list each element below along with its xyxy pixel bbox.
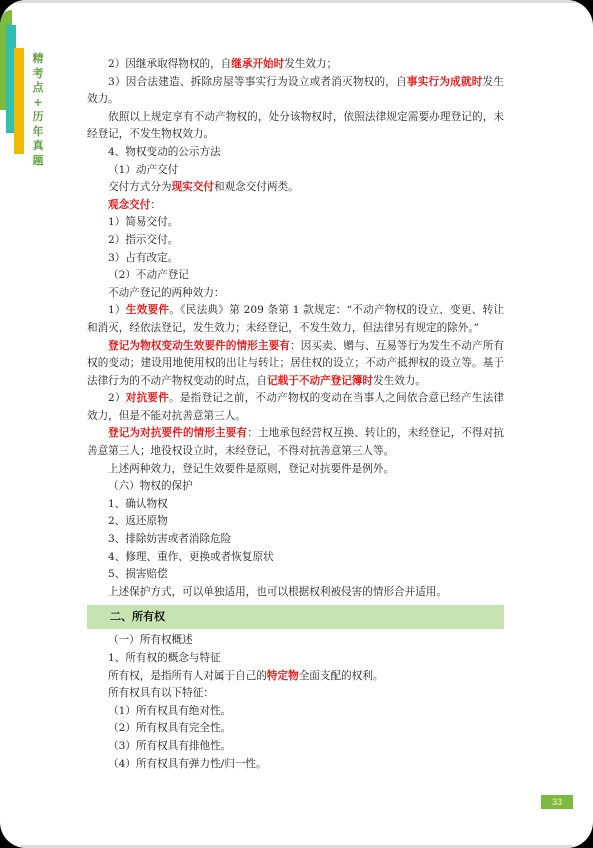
- emphasis-text: 生效要件: [126, 304, 169, 316]
- list-item: 3、排除妨害或者消除危险: [87, 531, 504, 549]
- emphasis-text: 观念交付: [108, 199, 150, 211]
- text: 发生效力；: [284, 58, 337, 70]
- vertical-title-char: 历: [31, 110, 45, 125]
- paragraph: 上述保护方式，可以单独适用，也可以根据权利被侵害的情形合并适用。: [87, 584, 504, 602]
- vertical-title-char: 考: [31, 67, 45, 82]
- list-item: 2、返还原物: [87, 513, 504, 531]
- list-item: 1）简易交付。: [87, 214, 504, 232]
- paragraph: 2）因继承取得物权的，自继承开始时发生效力；: [87, 56, 504, 74]
- list-item: （4）所有权具有弹力性/归一性。: [87, 756, 504, 774]
- paragraph: 登记为物权变动生效要件的情形主要有：因买卖、赠与、互易等行为发生不动产所有权的变…: [87, 338, 504, 391]
- list-item: 4、修理、重作、更换或者恢复原状: [87, 549, 504, 567]
- list-item: 5、损害赔偿: [87, 566, 504, 584]
- emphasis-text: 继承开始时: [231, 58, 284, 70]
- emphasis-text: 登记为物权变动生效要件的情形主要有: [108, 340, 290, 352]
- text: 交付方式分为: [108, 181, 172, 193]
- paragraph: 1）生效要件。《民法典》第 209 条第 1 款规定：“不动产物权的设立、变更、…: [87, 302, 504, 337]
- text: 全面支配的权利。: [299, 670, 384, 682]
- subheading: （2）不动产登记: [87, 267, 504, 285]
- vertical-title-char: 精: [31, 52, 45, 67]
- paragraph: 上述两种效力，登记生效要件是原则，登记对抗要件是例外。: [87, 461, 504, 479]
- text: 和观念交付两类。: [214, 181, 299, 193]
- text: 发生效力。: [373, 375, 426, 387]
- vertical-section-title: 精 考 点 + 历 年 真 题: [31, 52, 45, 168]
- top-border-line: [14, 0, 579, 3]
- paragraph: 观念交付：: [87, 197, 504, 215]
- list-item: 2）指示交付。: [87, 232, 504, 250]
- section-banner: 二、所有权: [87, 605, 504, 629]
- section-title: 二、所有权: [89, 610, 165, 623]
- paragraph: 交付方式分为现实交付和观念交付两类。: [87, 179, 504, 197]
- vertical-title-char: +: [31, 96, 45, 111]
- emphasis-text: 特定物: [267, 670, 299, 682]
- paragraph: 所有权具有以下特征：: [87, 685, 504, 703]
- subheading: 4、物权变动的公示方法: [87, 144, 504, 162]
- paragraph: 2）对抗要件。是指登记之前，不动产物权的变动在当事人之间依合意已经产生法律效力，…: [87, 390, 504, 425]
- document-body: 2）因继承取得物权的，自继承开始时发生效力； 3）因合法建造、拆除房屋等事实行为…: [87, 56, 504, 773]
- subheading: 1、所有权的概念与特征: [87, 650, 504, 668]
- document-page: 精 考 点 + 历 年 真 题 2）因继承取得物权的，自继承开始时发生效力； 3…: [0, 0, 593, 848]
- text: 2）: [108, 392, 126, 404]
- list-item: （1）所有权具有绝对性。: [87, 703, 504, 721]
- list-item: （2）所有权具有完全性。: [87, 720, 504, 738]
- text: 1）: [108, 304, 126, 316]
- emphasis-text: 现实交付: [172, 181, 214, 193]
- vertical-title-char: 题: [31, 154, 45, 169]
- list-item: 1、确认物权: [87, 496, 504, 514]
- text: ：: [150, 199, 161, 211]
- text: 所有权，是指所有人对属于自己的: [108, 670, 267, 682]
- text: 2）因继承取得物权的，自: [108, 58, 231, 70]
- sidebar-yellow-bar: [14, 48, 24, 154]
- subheading: （1）动产交付: [87, 162, 504, 180]
- subheading: （六）物权的保护: [87, 478, 504, 496]
- emphasis-text: 登记为对抗要件的情形主要有: [108, 427, 247, 439]
- list-item: 3）占有改定。: [87, 250, 504, 268]
- paragraph: 所有权，是指所有人对属于自己的特定物全面支配的权利。: [87, 668, 504, 686]
- emphasis-text: 对抗要件: [126, 392, 169, 404]
- vertical-title-char: 点: [31, 81, 45, 96]
- emphasis-text: 记载于不动产登记簿时: [267, 375, 373, 387]
- vertical-title-char: 年: [31, 125, 45, 140]
- vertical-title-char: 真: [31, 139, 45, 154]
- paragraph: 依照以上规定享有不动产物权的，处分该物权时，依照法律规定需要办理登记的，未经登记…: [87, 109, 504, 144]
- subheading: （一）所有权概述: [87, 632, 504, 650]
- text: 3）因合法建造、拆除房屋等事实行为设立或者消灭物权的，自: [108, 76, 407, 88]
- paragraph: 登记为对抗要件的情形主要有：土地承包经营权互换、转让的，未经登记，不得对抗善意第…: [87, 425, 504, 460]
- paragraph: 不动产登记的两种效力：: [87, 285, 504, 303]
- emphasis-text: 事实行为成就时: [407, 76, 483, 88]
- list-item: （3）所有权具有排他性。: [87, 738, 504, 756]
- page-number: 33: [541, 795, 573, 809]
- paragraph: 3）因合法建造、拆除房屋等事实行为设立或者消灭物权的，自事实行为成就时发生效力。: [87, 74, 504, 109]
